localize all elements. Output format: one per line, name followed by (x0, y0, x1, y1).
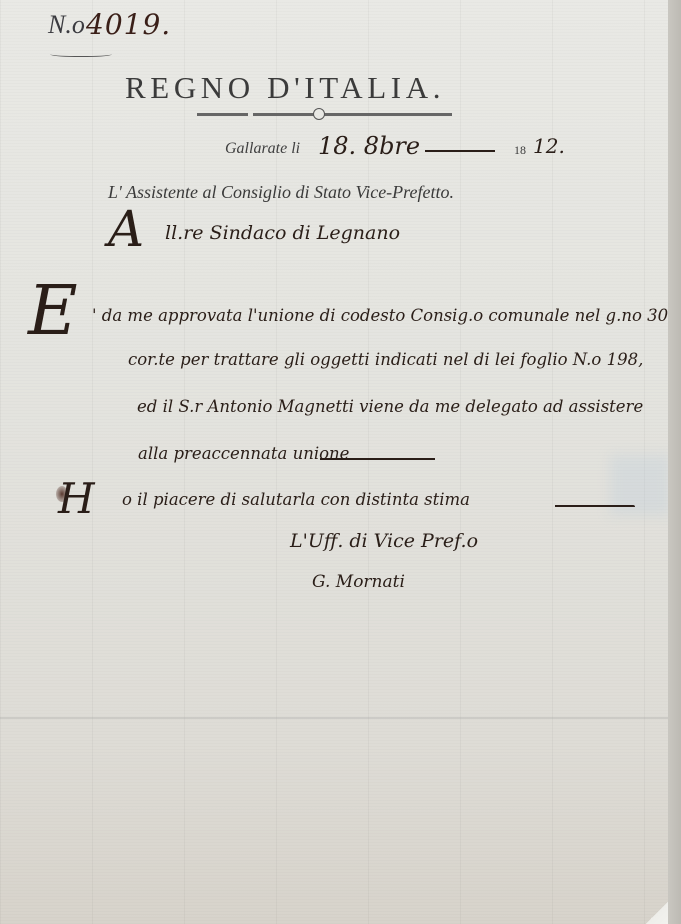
document-number: 4019. (86, 8, 171, 41)
addressee: ll.re Sindaco di Legnano (165, 222, 400, 244)
body-line-1: ' da me approvata l'unione di codesto Co… (92, 306, 668, 325)
paper-edge (668, 0, 681, 924)
place-label: Gallarate li (225, 140, 300, 158)
folded-corner (640, 895, 668, 924)
office-title: L' Assistente al Consiglio di Stato Vice… (108, 182, 454, 203)
paper-fold (0, 717, 668, 719)
rule-ornament-icon (313, 108, 325, 120)
closing-line: o il piacere di salutarla con distinta s… (122, 490, 470, 509)
date-line (425, 150, 495, 152)
closing-initial: H (58, 474, 95, 523)
body-line-3: ed il S.r Antonio Magnetti viene da me d… (137, 397, 643, 416)
document-page: N.o 4019. REGNO D'ITALIA. Gallarate li 1… (0, 0, 668, 924)
addressee-initial: A (108, 200, 144, 258)
signature-name: G. Mornati (312, 572, 405, 592)
closing-filler (555, 505, 635, 507)
line-filler (320, 458, 435, 460)
body-initial: E (28, 272, 78, 351)
number-brace (50, 50, 112, 57)
number-label: N.o (48, 10, 85, 40)
signature-title: L'Uff. di Vice Pref.o (290, 530, 478, 552)
body-line-2: cor.te per trattare gli oggetti indicati… (128, 350, 643, 369)
body-line-4: alla preaccennata unione (138, 444, 349, 463)
date-day-month: 18. 8bre (318, 132, 420, 160)
letterhead-title: REGNO D'ITALIA. (125, 70, 445, 106)
year-handwritten: 12. (533, 134, 565, 158)
year-printed: 18 (514, 143, 526, 158)
